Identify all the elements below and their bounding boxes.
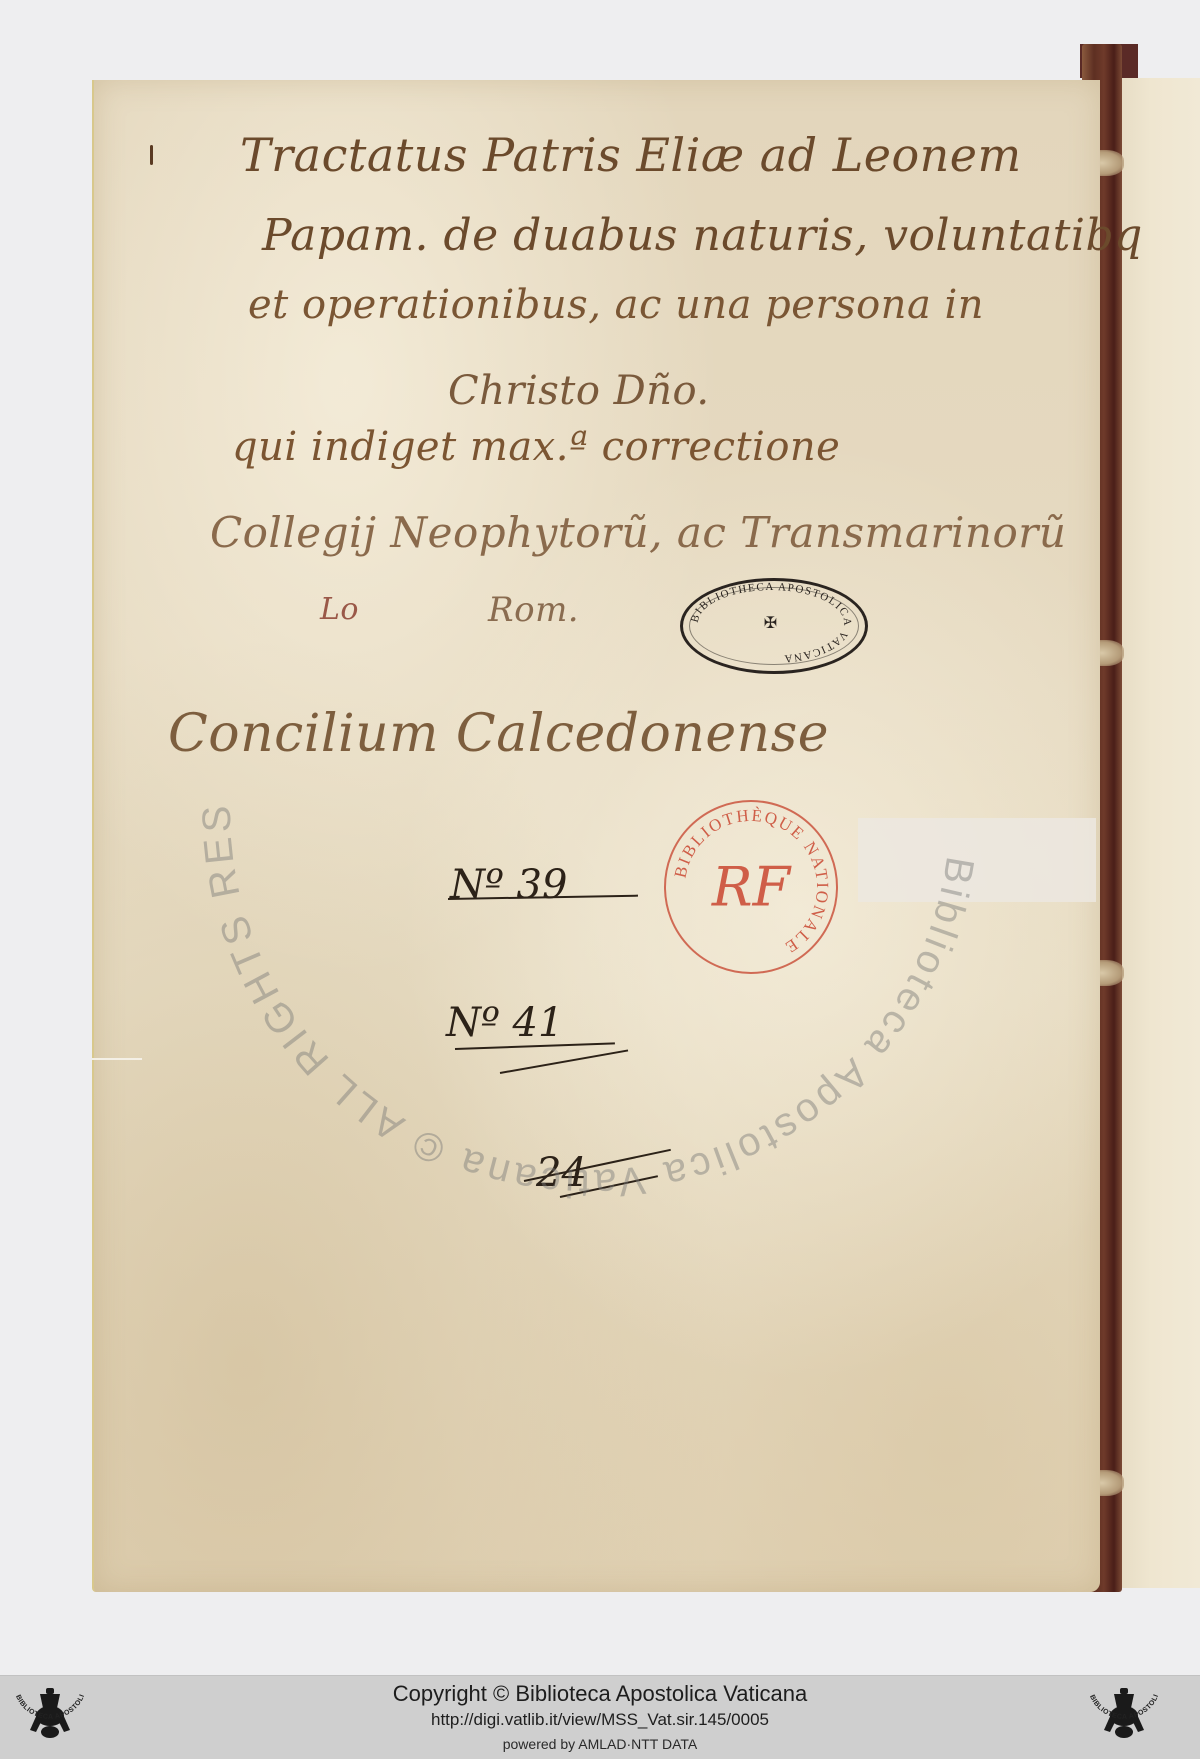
permalink-url[interactable]: http://digi.vatlib.it/view/MSS_Vat.sir.1… [0, 1710, 1200, 1730]
title-line-7: Rom. [488, 590, 579, 630]
shelfmark-2: Nº 41 [446, 1000, 563, 1046]
monogram: RF [712, 856, 790, 919]
leaf-tear [92, 1058, 142, 1060]
svg-text:✠: ✠ [764, 615, 778, 632]
vatican-library-stamp: BIBLIOTHECA APOSTOLICA VATICANA ✠ [680, 578, 868, 674]
paper-repair-patch [858, 818, 1096, 902]
facing-page [1118, 78, 1200, 1588]
shelfmark-1: Nº 39 [450, 862, 567, 908]
title-line-2: Papam. de duabus naturis, voluntatibq [262, 210, 1143, 261]
bibliotheque-nationale-stamp: BIBLIOTHÈQUE NATIONALE RF [664, 800, 838, 974]
subtitle: Concilium Calcedonense [168, 704, 829, 764]
title-line-6: Collegij Neophytorũ, ac Transmarinorũ [210, 508, 1066, 557]
stamp-ring-text: BIBLIOTHECA APOSTOLICA VATICANA ✠ [680, 578, 862, 668]
title-line-5: qui indiget max.ª correctione [232, 424, 840, 470]
manuscript-scan: 1 Tractatus Patris Eliæ ad Leonem Papam.… [0, 0, 1200, 1675]
vatican-library-logo: BIBLIOTECA APOSTOLICA VATICANA [1084, 1682, 1164, 1756]
title-line-1: Tractatus Patris Eliæ ad Leonem [240, 128, 1022, 182]
title-line-3: et operationibus, ac una persona in [248, 282, 984, 328]
copyright-text: Copyright © Biblioteca Apostolica Vatica… [0, 1681, 1200, 1707]
viewer-footer: BIBLIOTECA APOSTOLICA VATICANA Copyright… [0, 1675, 1200, 1759]
struck-annotation: Lo [320, 592, 359, 627]
powered-by-text: powered by AMLAD·NTT DATA [0, 1736, 1200, 1752]
title-line-4: Christo Dño. [448, 368, 710, 414]
